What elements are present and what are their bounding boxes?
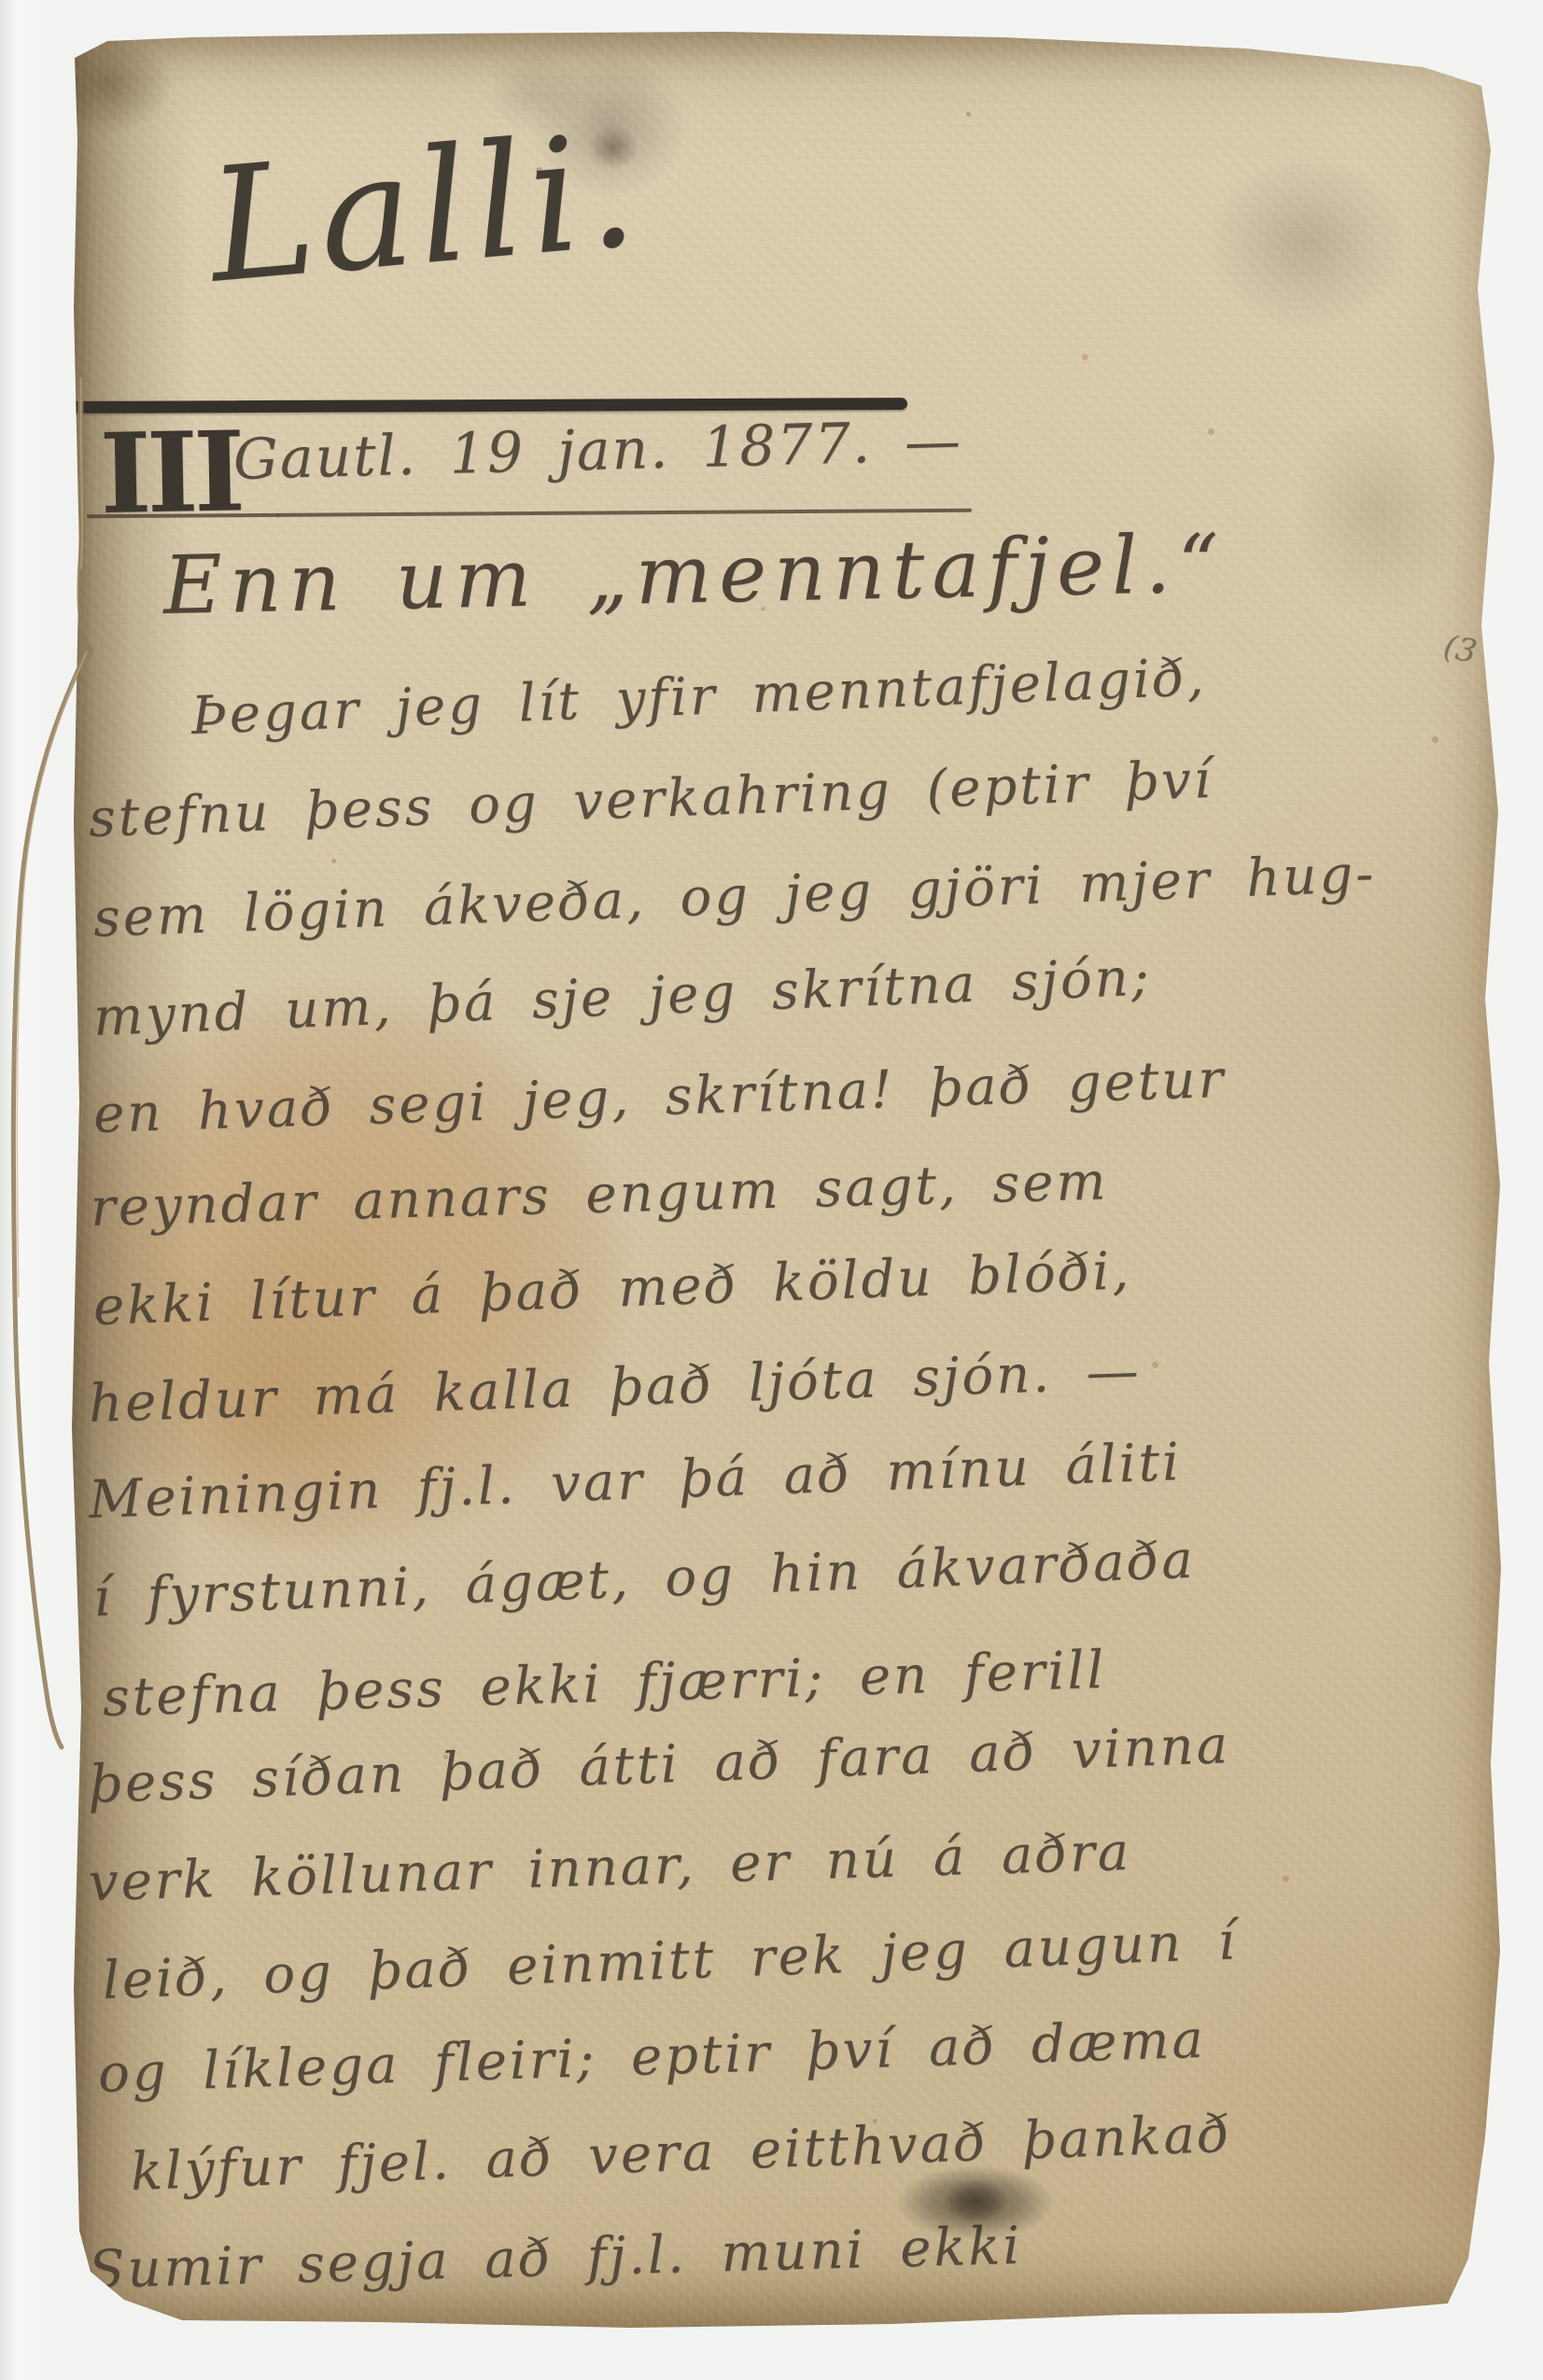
section-heading: Enn um „menntafjel.“ [162, 517, 1227, 633]
manuscript-line: verk köllunar innar, er nú á aðra [88, 1822, 1132, 1913]
foxing-speckles [51, 28, 56, 33]
manuscript-line: stefna þess ekki fjærri; en ferill [102, 1640, 1107, 1729]
manuscript-line: reyndar annars engum sagt, sem [90, 1151, 1109, 1239]
manuscript-line: Þegar jeg lít yfir menntafjelagið, [190, 647, 1208, 747]
manuscript-line: mynd um, þá sje jeg skrítna sjón; [92, 946, 1153, 1047]
manuscript-line: þess síðan það átti að fara að vinna [88, 1715, 1231, 1815]
ink-blot-core [943, 2179, 1008, 2224]
manuscript-line: og líklega fleiri; eptir því að dæma [97, 2009, 1207, 2105]
manuscript-line: leið, og það einmitt rek jeg augun í [102, 1911, 1239, 2011]
manuscript-line: klýfur fjel. að vera eitthvað þankað [130, 2104, 1233, 2203]
manuscript-line: í fyrstunni, ágæt, og hin ákvarðaða [92, 1530, 1197, 1629]
manuscript-line: sem lögin ákveða, og jeg gjöri mjer hug- [92, 844, 1377, 949]
manuscript-line: Meiningin fj.l. var þá að mínu áliti [88, 1432, 1183, 1531]
dateline: Gautl. 19 jan. 1877. — [232, 409, 963, 493]
manuscript-line: stefnu þess og verkahring (eptir því [88, 749, 1214, 849]
issue-numeral: III [99, 406, 242, 539]
page-title: Lalli. [202, 98, 648, 318]
manuscript-line: Sumir segja að fj.l. muni ekki [88, 2216, 1023, 2301]
manuscript-line: ekki lítur á það með köldu blóði, [92, 1240, 1132, 1337]
manuscript-line: en hvað segi jeg, skrítna! það getur [92, 1049, 1227, 1145]
manuscript-line: heldur má kalla það ljóta sjón. — [88, 1341, 1143, 1435]
manuscript-page: Lalli. III Gautl. 19 jan. 1877. — Enn um… [51, 28, 1512, 2329]
manuscript-text: Lalli. III Gautl. 19 jan. 1877. — Enn um… [51, 28, 1512, 2329]
margin-mark: (3 [1440, 627, 1480, 670]
scanned-manuscript: Lalli. III Gautl. 19 jan. 1877. — Enn um… [0, 0, 1543, 2380]
